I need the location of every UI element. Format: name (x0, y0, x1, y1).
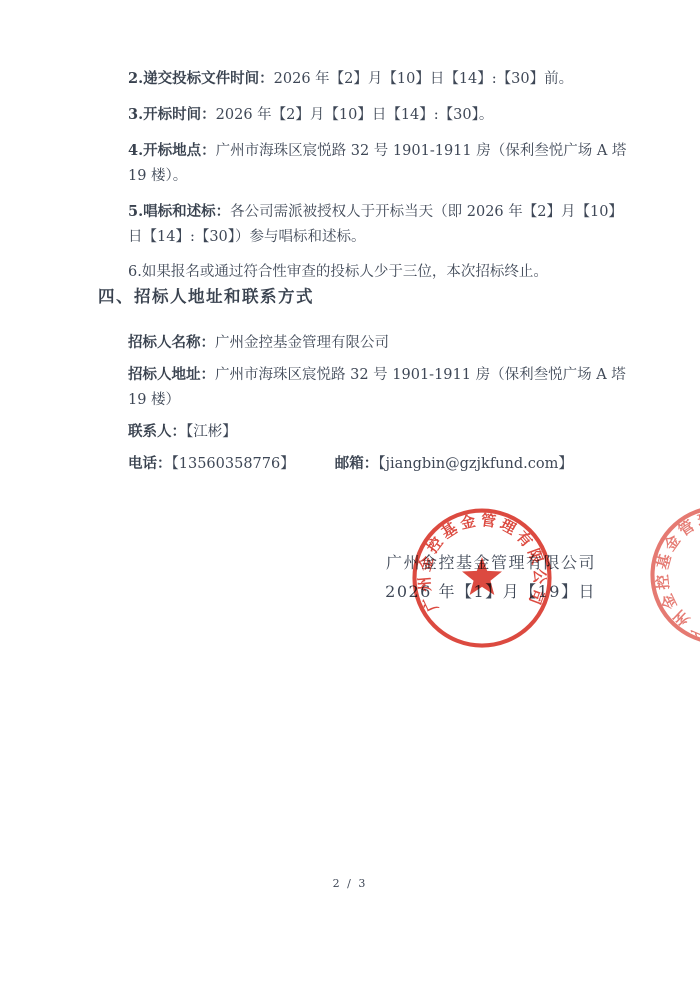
tenderer-address-line1: 广州市海珠区宸悦路 32 号 1901-1911 房（保利叁悦广场 A 塔 (215, 367, 626, 383)
paragraph-text-line2: 日【14】:【30】）参与唱标和述标。 (128, 229, 366, 245)
paragraph-text: 6.如果报名或通过符合性审查的投标人少于三位，本次招标终止。 (128, 264, 548, 280)
phone-value: 【13560358776】 (172, 456, 295, 472)
paragraph-text: 2026 年【2】月【10】日【14】:【30】前。 (274, 71, 573, 87)
contact-person-value: 【江彬】 (186, 424, 237, 440)
tenderer-name-row: 招标人名称：广州金控基金管理有限公司 (128, 330, 648, 356)
contact-person-label: 联系人： (128, 423, 186, 440)
paragraph-text-line1: 各公司需派被授权人于开标当天（即 2026 年【2】月【10】 (230, 204, 623, 220)
contact-block: 招标人名称：广州金控基金管理有限公司 招标人地址：广州市海珠区宸悦路 32 号 … (128, 330, 648, 483)
numbered-paragraphs: 2.递交投标文件时间：2026 年【2】月【10】日【14】:【30】前。 3.… (128, 66, 648, 295)
paragraph-text-line1: 广州市海珠区宸悦路 32 号 1901-1911 房（保利叁悦广场 A 塔 (216, 143, 627, 159)
tenderer-address-row: 招标人地址：广州市海珠区宸悦路 32 号 1901-1911 房（保利叁悦广场 … (128, 362, 648, 413)
signature-company: 广州金控基金管理有限公司 (385, 548, 596, 577)
section-heading: 四、招标人地址和联系方式 (98, 283, 314, 307)
document-page: 2.递交投标文件时间：2026 年【2】月【10】日【14】:【30】前。 3.… (0, 0, 700, 990)
edge-seal-stamp-icon: 广州金控基金管理有限公司 (614, 469, 700, 681)
tenderer-address-line2: 19 楼） (128, 392, 180, 408)
paragraph-submission-time: 2.递交投标文件时间：2026 年【2】月【10】日【14】:【30】前。 (128, 66, 648, 92)
tenderer-name-value: 广州金控基金管理有限公司 (215, 335, 389, 351)
phone-label: 电话： (128, 455, 172, 472)
svg-text:广州金控基金管理有限公司: 广州金控基金管理有限公司 (625, 481, 700, 647)
email-label: 邮箱： (335, 455, 379, 472)
signature-date: 2026 年【1】月【19】日 (385, 577, 596, 606)
seal-text: 广州金控基金管理有限公司 (625, 481, 700, 647)
paragraph-opening-time: 3.开标时间：2026 年【2】月【10】日【14】:【30】。 (128, 102, 648, 128)
paragraph-text-line2: 19 楼）。 (128, 168, 187, 184)
paragraph-label: 2.递交投标文件时间： (128, 70, 274, 87)
email-value: 【jiangbin@gzjkfund.com】 (378, 456, 573, 472)
contact-person-row: 联系人：【江彬】 (128, 419, 648, 445)
paragraph-opening-location: 4.开标地点：广州市海珠区宸悦路 32 号 1901-1911 房（保利叁悦广场… (128, 138, 648, 189)
paragraph-label: 5.唱标和述标： (128, 203, 230, 220)
paragraph-text: 2026 年【2】月【10】日【14】:【30】。 (216, 107, 494, 123)
tenderer-address-label: 招标人地址： (128, 366, 215, 383)
paragraph-termination: 6.如果报名或通过符合性审查的投标人少于三位，本次招标终止。 (128, 260, 648, 285)
tenderer-name-label: 招标人名称： (128, 334, 215, 351)
page-number: 2 / 3 (0, 877, 700, 890)
phone-email-row: 电话：【13560358776】邮箱：【jiangbin@gzjkfund.co… (128, 451, 648, 477)
seal-star-icon (691, 546, 700, 601)
paragraph-label: 3.开标时间： (128, 106, 216, 123)
signature-block: 广州金控基金管理有限公司 2026 年【1】月【19】日 (385, 548, 596, 606)
paragraph-label: 4.开标地点： (128, 142, 216, 159)
paragraph-bid-reading: 5.唱标和述标：各公司需派被授权人于开标当天（即 2026 年【2】月【10】日… (128, 199, 648, 250)
